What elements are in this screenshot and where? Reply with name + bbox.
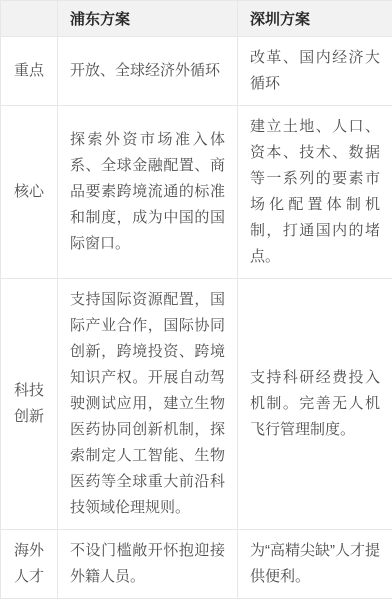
table-header-row: 浦东方案 深圳方案: [1, 1, 392, 37]
table-row-focus: 重点 开放、全球经济外循环 改革、国内经济大循环: [1, 37, 392, 106]
cell-focus-shenzhen: 改革、国内经济大循环: [238, 37, 392, 106]
cell-talent-pudong: 不设门槛敞开怀抱迎接外籍人员。: [58, 530, 238, 599]
header-cell-empty: [1, 1, 58, 37]
table-row-overseas-talent: 海外人才 不设门槛敞开怀抱迎接外籍人员。 为“高精尖缺”人才提供便利。: [1, 530, 392, 599]
row-label-core: 核心: [1, 106, 58, 279]
cell-talent-shenzhen: 为“高精尖缺”人才提供便利。: [238, 530, 392, 599]
cell-core-shenzhen: 建立土地、人口、资本、技术、数据等一系列的要素市场化配置体制机制，打通国内的堵点…: [238, 106, 392, 279]
header-cell-pudong: 浦东方案: [58, 1, 238, 37]
table-row-tech-innovation: 科技创新 支持国际资源配置，国际产业合作，国际协同创新，跨境投资、跨境知识产权。…: [1, 279, 392, 530]
cell-focus-pudong: 开放、全球经济外循环: [58, 37, 238, 106]
table-row-core: 核心 探索外资市场准入体系、全球金融配置、商品要素跨境流通的标准和制度，成为中国…: [1, 106, 392, 279]
row-label-overseas-talent: 海外人才: [1, 530, 58, 599]
cell-tech-pudong: 支持国际资源配置，国际产业合作，国际协同创新，跨境投资、跨境知识产权。开展自动驾…: [58, 279, 238, 530]
row-label-tech-innovation: 科技创新: [1, 279, 58, 530]
cell-core-pudong: 探索外资市场准入体系、全球金融配置、商品要素跨境流通的标准和制度，成为中国的国际…: [58, 106, 238, 279]
header-cell-shenzhen: 深圳方案: [238, 1, 392, 37]
comparison-table: 浦东方案 深圳方案 重点 开放、全球经济外循环 改革、国内经济大循环 核心 探索…: [0, 0, 392, 599]
cell-tech-shenzhen: 支持科研经费投入机制。完善无人机飞行管理制度。: [238, 279, 392, 530]
row-label-focus: 重点: [1, 37, 58, 106]
